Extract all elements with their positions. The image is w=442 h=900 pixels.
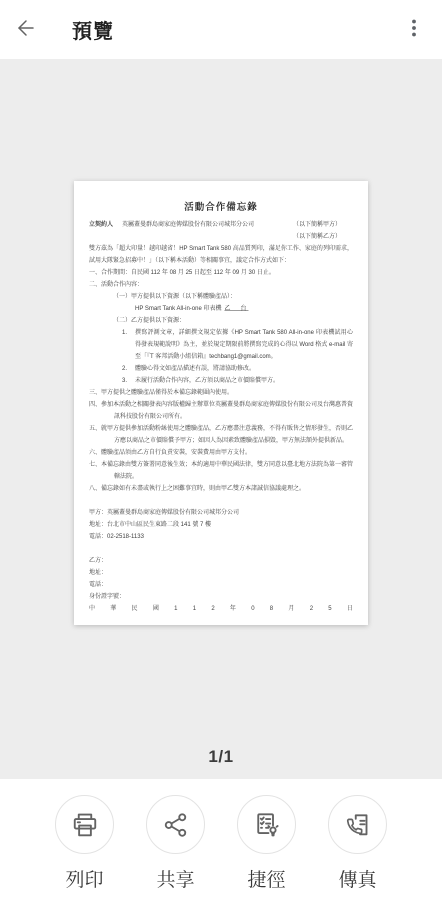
doc-line: （一）甲方提供以下資源（以下稱體驗產品）： xyxy=(89,290,353,302)
doc-title: 活動合作備忘錄 xyxy=(89,200,353,215)
doc-lines: 雙方茲為「超大印量！越印越省！HP Smart Tank 580 高品質列印，滿… xyxy=(89,242,353,614)
printer-icon xyxy=(55,795,114,854)
fax-button[interactable]: 傳真 xyxy=(328,795,387,892)
doc-line: 二、活動合作內容： xyxy=(89,278,353,290)
doc-line: 乙方： xyxy=(89,554,353,566)
page-indicator: 1/1 xyxy=(0,747,442,767)
fax-label: 傳真 xyxy=(338,865,376,892)
doc-term-party-b: （以下簡稱乙方） xyxy=(89,230,353,242)
share-label: 共享 xyxy=(156,865,194,892)
doc-line: 八、備忘錄如有未盡或執行上之困難事宜時，則由甲乙雙方本諸誠信協議處理之。 xyxy=(89,482,353,494)
doc-line: 甲方：英屬蓋曼群島商家庭傳媒股份有限公司城邦分公司 xyxy=(89,506,353,518)
doc-contractor-line: 立契約人英屬蓋曼群島商家庭傳媒股份有限公司城邦分公司 （以下簡稱甲方） xyxy=(89,218,353,230)
doc-line: 中華民國112年08月25日 xyxy=(89,602,353,614)
doc-line: 電話： xyxy=(89,578,353,590)
doc-line: 電話：02-2518-1133 xyxy=(89,530,353,542)
document-page[interactable]: 活動合作備忘錄 立契約人英屬蓋曼群島商家庭傳媒股份有限公司城邦分公司 （以下簡稱… xyxy=(74,181,368,625)
doc-line: 地址： xyxy=(89,566,353,578)
doc-line: 三、甲方提供之體驗產品僅得於本備忘錄範圍內使用。 xyxy=(89,386,353,398)
doc-line: 2.體驗心得文如產品描述有誤，將請協助修改。 xyxy=(89,362,353,374)
arrow-left-icon xyxy=(14,16,38,43)
doc-line: （二）乙方提供以下資源： xyxy=(89,314,353,326)
doc-line: 3.未履行活動合作內容，乙方須以商品之市價賠償甲方。 xyxy=(89,374,353,386)
doc-contractor-company: 英屬蓋曼群島商家庭傳媒股份有限公司城邦分公司 xyxy=(122,221,254,228)
shortcut-label: 捷徑 xyxy=(247,865,285,892)
doc-line: 身份證字號： xyxy=(89,590,353,602)
overflow-menu-button[interactable] xyxy=(392,8,436,52)
doc-line xyxy=(89,494,353,506)
print-button[interactable]: 列印 xyxy=(55,795,114,892)
app-bar: 預覽 xyxy=(0,0,442,59)
share-icon xyxy=(146,795,205,854)
doc-line: 地址：台北市中山區民生東路二段 141 號 7 樓 xyxy=(89,518,353,530)
doc-line: 六、體驗產品須由乙方自行負責安裝，安裝費用由甲方支付。 xyxy=(89,446,353,458)
doc-line: 1.撰寫評測文章，詳細撰文規定依據《HP Smart Tank 580 All-… xyxy=(89,326,353,362)
doc-line: 五、就甲方提供參加活動粉絲使用之體驗產品，乙方應盡注意義務，不得有販售之情形發生… xyxy=(89,422,353,446)
fax-icon xyxy=(328,795,387,854)
page-title: 預覽 xyxy=(72,15,114,44)
doc-line: 一、合作期間：自民國 112 年 08 月 25 日起至 112 年 09 月 … xyxy=(89,266,353,278)
more-vertical-icon xyxy=(402,16,426,43)
doc-line: 七、本備忘錄由雙方簽署同意後生效；本約適用中華民國法律，雙方同意以臺北地方法院為… xyxy=(89,458,353,482)
bottom-toolbar: 列印 共享 xyxy=(0,779,442,900)
document-content: 活動合作備忘錄 立契約人英屬蓋曼群島商家庭傳媒股份有限公司城邦分公司 （以下簡稱… xyxy=(74,181,368,625)
back-button[interactable] xyxy=(4,8,48,52)
print-label: 列印 xyxy=(65,865,103,892)
shortcut-icon xyxy=(237,795,296,854)
doc-term-party-a: （以下簡稱甲方） xyxy=(293,218,341,230)
doc-line xyxy=(89,542,353,554)
doc-contractor-label: 立契約人 xyxy=(89,221,113,228)
share-button[interactable]: 共享 xyxy=(146,795,205,892)
preview-area: 活動合作備忘錄 立契約人英屬蓋曼群島商家庭傳媒股份有限公司城邦分公司 （以下簡稱… xyxy=(0,59,442,779)
doc-line: HP Smart Tank All-in-one 印表機乙 台 xyxy=(89,302,353,314)
shortcut-button[interactable]: 捷徑 xyxy=(237,795,296,892)
doc-line: 雙方茲為「超大印量！越印越省！HP Smart Tank 580 高品質列印，滿… xyxy=(89,242,353,266)
doc-line: 四、參加本活動之相關發表內容版權歸主辦單位英屬蓋曼群島商家庭傳媒股份有限公司及台… xyxy=(89,398,353,422)
